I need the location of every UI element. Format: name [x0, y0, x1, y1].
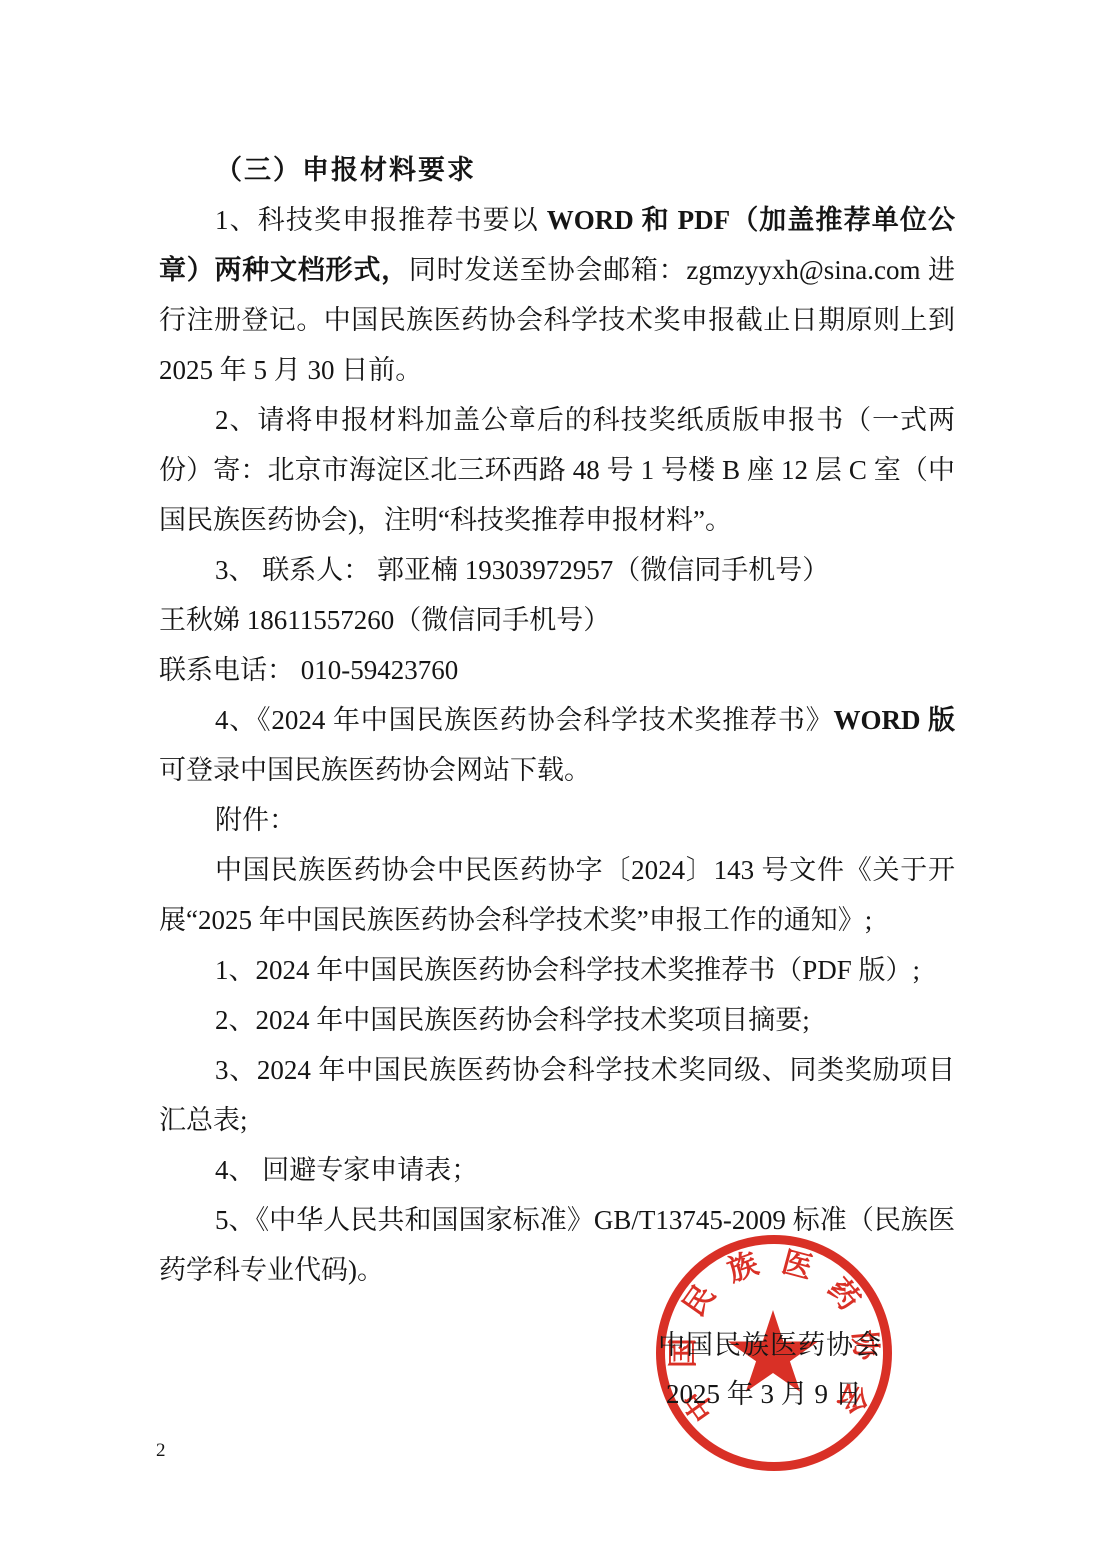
paragraph-1-text: 1、科技奖申报推荐书要以 [215, 205, 547, 235]
attachment-item: 4、 回避专家申请表； [159, 1145, 955, 1195]
issue-date: 2025 年 3 月 9 日 [666, 1369, 862, 1419]
contact-person-line: 3、 联系人： 郭亚楠 19303972957（微信同手机号） [159, 545, 955, 595]
paragraph-1: 1、科技奖申报推荐书要以 WORD 和 PDF（加盖推荐单位公章）两种文档形式，… [159, 195, 955, 395]
attachments-intro: 中国民族医药协会中民医药协字〔2024〕143 号文件《关于开展“2025 年中… [159, 845, 955, 945]
paragraph-2: 2、请将申报材料加盖公章后的科技奖纸质版申报书（一式两份）寄：北京市海淀区北三环… [159, 395, 955, 545]
issuer-signature: 中国民族医药协会 [658, 1320, 882, 1370]
paragraph-4-bold: WORD 版 [833, 705, 955, 735]
contact-phone-line: 联系电话： 010-59423760 [159, 645, 955, 695]
paragraph-4: 4、《2024 年中国民族医药协会科学技术奖推荐书》WORD 版可登录中国民族医… [159, 695, 955, 795]
attachment-item: 1、2024 年中国民族医药协会科学技术奖推荐书（PDF 版）; [159, 945, 955, 995]
attachment-item: 3、2024 年中国民族医药协会科学技术奖同级、同类奖励项目汇总表; [159, 1045, 955, 1145]
document-body: （三）申报材料要求 1、科技奖申报推荐书要以 WORD 和 PDF（加盖推荐单位… [159, 145, 955, 1295]
contact-person-line-2: 王秋娣 18611557260（微信同手机号） [159, 595, 955, 645]
attachment-item: 5、《中华人民共和国国家标准》GB/T13745-2009 标准（民族医药学科专… [159, 1195, 955, 1295]
page-number: 2 [156, 1440, 166, 1462]
document-page: （三）申报材料要求 1、科技奖申报推荐书要以 WORD 和 PDF（加盖推荐单位… [0, 0, 1100, 1556]
attachment-item: 2、2024 年中国民族医药协会科学技术奖项目摘要; [159, 995, 955, 1045]
section-heading: （三）申报材料要求 [159, 145, 955, 195]
paragraph-4-text-2: 可登录中国民族医药协会网站下载。 [159, 755, 591, 785]
attachments-label: 附件： [159, 795, 955, 845]
paragraph-4-text: 4、《2024 年中国民族医药协会科学技术奖推荐书》 [215, 705, 833, 735]
